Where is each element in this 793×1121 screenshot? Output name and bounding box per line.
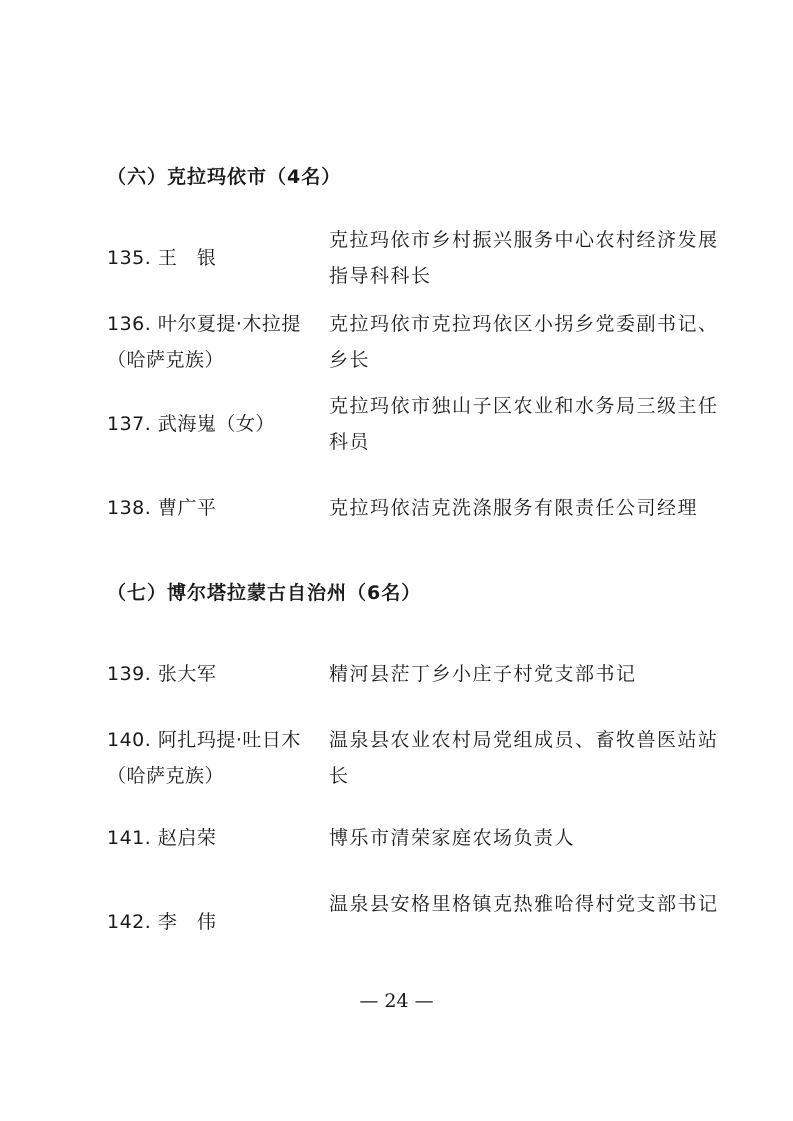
person-name: 138. 曹广平 — [107, 490, 312, 526]
list-item: 142. 李 伟 温泉县安格里格镇克热雅哈得村党支部书记 — [107, 886, 727, 958]
person-name: 137. 武海嵬（女） — [107, 406, 312, 442]
list-item: 139. 张大军 精河县茫丁乡小庄子村党支部书记 — [107, 656, 727, 692]
list-item: 135. 王 银 克拉玛依市乡村振兴服务中心农村经济发展指导科科长 — [107, 222, 727, 294]
list-item: 141. 赵启荣 博乐市清荣家庭农场负责人 — [107, 820, 727, 856]
person-position: 温泉县农业农村局党组成员、畜牧兽医站站长 — [329, 722, 729, 794]
person-position: 克拉玛依市独山子区农业和水务局三级主任科员 — [329, 388, 729, 460]
person-name: 136. 叶尔夏提·木拉提（哈萨克族） — [107, 306, 312, 378]
person-position: 温泉县安格里格镇克热雅哈得村党支部书记 — [329, 886, 729, 922]
person-name: 142. 李 伟 — [107, 904, 312, 940]
person-position: 精河县茫丁乡小庄子村党支部书记 — [329, 656, 729, 692]
person-name: 141. 赵启荣 — [107, 820, 312, 856]
section-heading-bortala: （七）博尔塔拉蒙古自治州（6名） — [107, 578, 421, 605]
person-position: 博乐市清荣家庭农场负责人 — [329, 820, 729, 856]
section-heading-karamay: （六）克拉玛依市（4名） — [107, 162, 341, 189]
list-item: 140. 阿扎玛提·吐日木（哈萨克族） 温泉县农业农村局党组成员、畜牧兽医站站长 — [107, 722, 727, 794]
person-name: 139. 张大军 — [107, 656, 312, 692]
person-position: 克拉玛依洁克洗涤服务有限责任公司经理 — [329, 490, 729, 526]
page-number: — 24 — — [0, 990, 793, 1012]
person-name: 135. 王 银 — [107, 240, 312, 276]
person-position: 克拉玛依市乡村振兴服务中心农村经济发展指导科科长 — [329, 222, 729, 294]
list-item: 137. 武海嵬（女） 克拉玛依市独山子区农业和水务局三级主任科员 — [107, 388, 727, 460]
list-item: 136. 叶尔夏提·木拉提（哈萨克族） 克拉玛依市克拉玛依区小拐乡党委副书记、乡… — [107, 306, 727, 378]
person-position: 克拉玛依市克拉玛依区小拐乡党委副书记、乡长 — [329, 306, 729, 378]
person-name: 140. 阿扎玛提·吐日木（哈萨克族） — [107, 722, 312, 794]
list-item: 138. 曹广平 克拉玛依洁克洗涤服务有限责任公司经理 — [107, 490, 727, 526]
